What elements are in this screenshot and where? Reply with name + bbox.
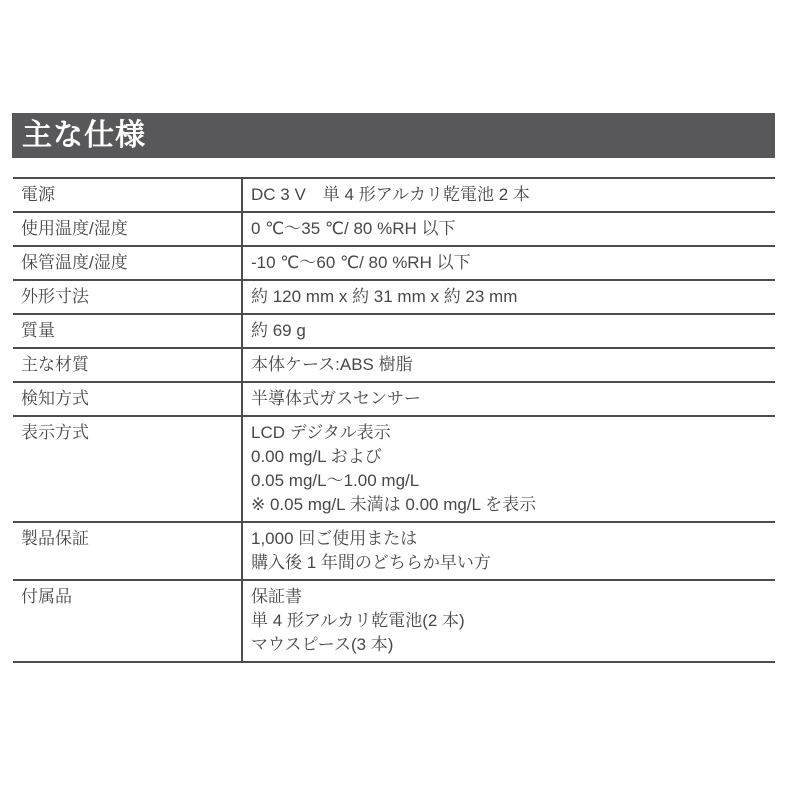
spec-table-container: 電源DC 3 V 単 4 形アルカリ乾電池 2 本使用温度/湿度0 ℃〜35 ℃…	[13, 177, 775, 663]
spec-row: 保管温度/湿度-10 ℃〜60 ℃/ 80 %RH 以下	[13, 246, 775, 280]
section-title: 主な仕様	[22, 121, 146, 151]
spec-label-cell: 主な材質	[13, 348, 242, 382]
spec-label-cell: 表示方式	[13, 416, 242, 522]
spec-value-cell: 保証書単 4 形アルカリ乾電池(2 本)マウスピース(3 本)	[242, 580, 775, 662]
spec-value-line: 保証書	[251, 585, 765, 609]
spec-value-cell: 本体ケース:ABS 樹脂	[242, 348, 775, 382]
spec-row: 電源DC 3 V 単 4 形アルカリ乾電池 2 本	[13, 178, 775, 212]
spec-sheet-page: 主な仕様 電源DC 3 V 単 4 形アルカリ乾電池 2 本使用温度/湿度0 ℃…	[0, 0, 800, 800]
spec-value-cell: DC 3 V 単 4 形アルカリ乾電池 2 本	[242, 178, 775, 212]
spec-value-line: 1,000 回ご使用または	[251, 527, 765, 551]
spec-table-body: 電源DC 3 V 単 4 形アルカリ乾電池 2 本使用温度/湿度0 ℃〜35 ℃…	[13, 178, 775, 662]
spec-row: 付属品保証書単 4 形アルカリ乾電池(2 本)マウスピース(3 本)	[13, 580, 775, 662]
spec-row: 主な材質本体ケース:ABS 樹脂	[13, 348, 775, 382]
spec-label-cell: 質量	[13, 314, 242, 348]
spec-value-cell: 約 69 g	[242, 314, 775, 348]
spec-value-cell: 1,000 回ご使用または購入後 1 年間のどちらか早い方	[242, 522, 775, 580]
spec-value-line: 単 4 形アルカリ乾電池(2 本)	[251, 609, 765, 633]
spec-value-line: 約 69 g	[251, 319, 765, 343]
spec-row: 外形寸法約 120 mm x 約 31 mm x 約 23 mm	[13, 280, 775, 314]
spec-value-line: 0.05 mg/L〜1.00 mg/L	[251, 469, 765, 493]
spec-label-cell: 使用温度/湿度	[13, 212, 242, 246]
spec-label-cell: 検知方式	[13, 382, 242, 416]
spec-value-line: LCD デジタル表示	[251, 421, 765, 445]
spec-row: 検知方式半導体式ガスセンサー	[13, 382, 775, 416]
spec-label-cell: 保管温度/湿度	[13, 246, 242, 280]
spec-row: 製品保証1,000 回ご使用または購入後 1 年間のどちらか早い方	[13, 522, 775, 580]
spec-row: 使用温度/湿度0 ℃〜35 ℃/ 80 %RH 以下	[13, 212, 775, 246]
spec-value-line: ※ 0.05 mg/L 未満は 0.00 mg/L を表示	[251, 493, 765, 517]
spec-label-cell: 外形寸法	[13, 280, 242, 314]
spec-row: 質量約 69 g	[13, 314, 775, 348]
spec-value-line: 半導体式ガスセンサー	[251, 387, 765, 411]
spec-label-cell: 電源	[13, 178, 242, 212]
spec-table: 電源DC 3 V 単 4 形アルカリ乾電池 2 本使用温度/湿度0 ℃〜35 ℃…	[13, 177, 775, 663]
spec-value-cell: -10 ℃〜60 ℃/ 80 %RH 以下	[242, 246, 775, 280]
spec-label-cell: 付属品	[13, 580, 242, 662]
spec-value-line: DC 3 V 単 4 形アルカリ乾電池 2 本	[251, 183, 765, 207]
spec-value-line: 0.00 mg/L および	[251, 445, 765, 469]
section-header-bar: 主な仕様	[12, 113, 775, 158]
spec-row: 表示方式LCD デジタル表示0.00 mg/L および0.05 mg/L〜1.0…	[13, 416, 775, 522]
spec-label-cell: 製品保証	[13, 522, 242, 580]
spec-value-line: 約 120 mm x 約 31 mm x 約 23 mm	[251, 285, 765, 309]
spec-value-cell: 0 ℃〜35 ℃/ 80 %RH 以下	[242, 212, 775, 246]
spec-value-cell: 約 120 mm x 約 31 mm x 約 23 mm	[242, 280, 775, 314]
spec-value-line: 0 ℃〜35 ℃/ 80 %RH 以下	[251, 217, 765, 241]
spec-value-line: マウスピース(3 本)	[251, 633, 765, 657]
spec-value-line: 購入後 1 年間のどちらか早い方	[251, 551, 765, 575]
spec-value-cell: LCD デジタル表示0.00 mg/L および0.05 mg/L〜1.00 mg…	[242, 416, 775, 522]
spec-value-cell: 半導体式ガスセンサー	[242, 382, 775, 416]
spec-value-line: 本体ケース:ABS 樹脂	[251, 353, 765, 377]
spec-value-line: -10 ℃〜60 ℃/ 80 %RH 以下	[251, 251, 765, 275]
